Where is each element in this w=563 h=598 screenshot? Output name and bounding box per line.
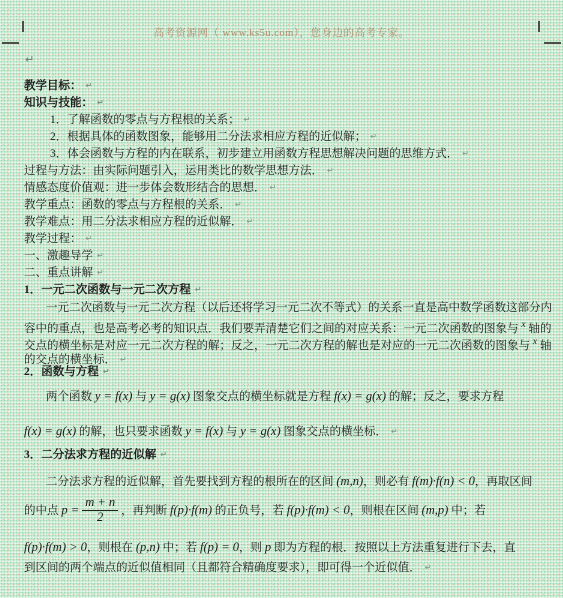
doc-line: 3．体会函数与方程的内在联系，初步建立用函数方程思想解决问题的思维方式．↵	[24, 145, 549, 162]
body-text: ，再取区间	[475, 476, 533, 488]
fraction-numerator: m + n	[82, 496, 118, 510]
paragraph-end-mark: ↵	[462, 149, 469, 158]
watermark-header: 高考资源网（ www.ks5u.com），您身边的高考专家。	[22, 25, 541, 40]
math-text: f(x) = g(x)	[334, 389, 386, 403]
empty-paragraph-mark: ↵	[25, 53, 34, 66]
math-text: (m,n)	[336, 474, 363, 488]
paragraph-end-mark: ↵	[103, 367, 110, 376]
body-text: 2．函数与方程	[24, 366, 99, 378]
body-text: 知识与技能：	[24, 97, 93, 109]
body-text: ，再判断	[121, 505, 170, 517]
doc-line: 过程与方法：由实际问题引入，运用类比的数学思想方法．↵	[24, 162, 549, 179]
document-page: 高考资源网（ www.ks5u.com），您身边的高考专家。 ↵ 教学目标：↵知…	[0, 0, 563, 598]
doc-line: f(p)·f(m) > 0，则根在 (p,n) 中；若 f(p) = 0，则 p…	[24, 537, 549, 557]
fraction-denominator: 2	[82, 510, 118, 525]
doc-line: 教学难点：用二分法求相应方程的近似解．↵	[24, 213, 549, 230]
paragraph-end-mark: ↵	[97, 268, 104, 277]
doc-line: 教学重点：函数的零点与方程根的关系．↵	[24, 196, 549, 213]
body-text: 与	[132, 391, 149, 403]
paragraph-end-mark: ↵	[97, 98, 104, 107]
math-text: f(p) = 0	[200, 540, 239, 554]
paragraph-end-mark: ↵	[160, 450, 167, 459]
body-text: 图象交点的横坐标就是方程	[190, 391, 334, 403]
paragraph-end-mark: ↵	[270, 183, 277, 192]
math-fraction: m + n2	[82, 496, 118, 524]
body-text: 教学难点：用二分法求相应方程的近似解．	[24, 216, 243, 228]
doc-line: 2．根据具体的函数图象，能够用二分法求相应方程的近似解；↵	[24, 128, 549, 145]
math-text: y = f(x)	[95, 389, 133, 403]
body-text: 1．一元二次函数与一元二次方程	[24, 284, 191, 296]
body-text: 情感态度价值观：进一步体会数形结合的思想．	[24, 182, 266, 194]
doc-line: 3．二分法求方程的近似解↵	[24, 446, 549, 463]
math-text: (p,n)	[136, 540, 160, 554]
paragraph-end-mark: ↵	[86, 234, 93, 243]
body-text: 二分法求方程的近似解，首先要找到方程的根所在的区间	[46, 476, 336, 488]
margin-crop-mark-top-left-horizontal	[2, 42, 19, 44]
doc-line: 二、重点讲解↵	[24, 264, 549, 281]
doc-line: 到区间的两个端点的近似值相同（且都符合精确度要求），即可得一个近似值．↵	[24, 559, 549, 576]
body-text: 的解，也只要求函数	[76, 426, 185, 438]
body-text: 轴	[537, 340, 551, 352]
paragraph-end-mark: ↵	[195, 285, 202, 294]
body-text: 的中点	[24, 505, 61, 517]
paragraph-end-mark: ↵	[244, 115, 251, 124]
body-text: ，则根在区间	[350, 505, 422, 517]
math-text: y = f(x)	[185, 424, 223, 438]
doc-line: 一、激趣导学↵	[24, 247, 549, 264]
paragraph-end-mark: ↵	[97, 251, 104, 260]
body-text: 到区间的两个端点的近似值相同（且都符合精确度要求），即可得一个近似值．	[24, 562, 421, 574]
math-text: y = g(x)	[240, 424, 280, 438]
body-text: 教学过程：	[24, 233, 82, 245]
doc-line: 二分法求方程的近似解，首先要找到方程的根所在的区间 (m,n)，则必有 f(m)…	[24, 471, 549, 491]
doc-line: 教学过程：↵	[24, 230, 549, 247]
doc-line: 1．一元二次函数与一元二次方程↵	[24, 281, 549, 298]
doc-line: 交点的横坐标是对应一元二次方程的解；反之，一元二次方程的解也是对应的一元二次函数…	[24, 334, 549, 351]
math-text: y = g(x)	[150, 389, 190, 403]
body-text: ，则必有	[363, 476, 412, 488]
doc-line: 情感态度价值观：进一步体会数形结合的思想．↵	[24, 179, 549, 196]
math-text: f(p)·f(m) < 0	[287, 503, 350, 517]
body-text: 教学目标：	[24, 80, 82, 92]
paragraph-end-mark: ↵	[425, 563, 432, 572]
body-text: ，则根在	[87, 542, 136, 554]
doc-line: 2．函数与方程↵	[24, 363, 549, 380]
math-text: f(p)·f(m) > 0	[24, 540, 87, 554]
doc-line: 一元二次函数与一元二次方程（以后还将学习一元二次不等式）的关系一直是高中数学函数…	[24, 300, 549, 317]
body-text: 两个函数	[46, 391, 95, 403]
math-text: f(p)·f(m)	[170, 503, 212, 517]
body-text: 1．了解函数的零点与方程根的关系；	[50, 114, 240, 126]
paragraph-end-mark: ↵	[327, 166, 334, 175]
body-text: ，则	[239, 542, 265, 554]
body-text: 3．二分法求方程的近似解	[24, 449, 156, 461]
body-text: 3．体会函数与方程的内在联系，初步建立用函数方程思想解决问题的思维方式．	[50, 148, 458, 160]
paragraph-end-mark: ↵	[120, 355, 127, 364]
paragraph-end-mark: ↵	[86, 81, 93, 90]
paragraph-end-mark: ↵	[235, 200, 242, 209]
math-text: p =	[61, 503, 79, 517]
doc-line: 1．了解函数的零点与方程根的关系；↵	[24, 111, 549, 128]
paragraph-end-mark: ↵	[370, 132, 377, 141]
paragraph-end-mark: ↵	[247, 217, 254, 226]
doc-line: 的中点 p =m + n2，再判断 f(p)·f(m) 的正负号，若 f(p)·…	[24, 493, 549, 527]
body-text: 二、重点讲解	[24, 267, 93, 279]
paragraph-end-mark: ↵	[391, 427, 398, 436]
margin-crop-mark-top-left-vertical	[22, 21, 24, 32]
margin-crop-mark-top-right-horizontal	[544, 42, 561, 44]
body-text: 与	[223, 426, 240, 438]
doc-line: f(x) = g(x) 的解，也只要求函数 y = f(x) 与 y = g(x…	[24, 421, 549, 441]
body-text: 的正负号，若	[212, 505, 287, 517]
body-text: 2．根据具体的函数图象，能够用二分法求相应方程的近似解；	[50, 131, 366, 143]
doc-line: 教学目标：↵	[24, 77, 549, 94]
math-text: (m,p)	[422, 503, 449, 517]
body-text: 即为方程的根．按照以上方法重复进行下去，直	[271, 542, 515, 554]
body-text: 中；若	[160, 542, 200, 554]
body-text: 一、激趣导学	[24, 250, 93, 262]
doc-line: 知识与技能：↵	[24, 94, 549, 111]
body-text: 过程与方法：由实际问题引入，运用类比的数学思想方法．	[24, 165, 323, 177]
math-text: f(x) = g(x)	[24, 424, 76, 438]
document-body: 教学目标：↵知识与技能：↵1．了解函数的零点与方程根的关系；↵2．根据具体的函数…	[24, 77, 549, 576]
doc-line: 容中的重点，也是高考必考的知识点．我们要弄清楚它们之间的对应关系：一元二次函数的…	[24, 317, 549, 334]
body-text: 一元二次函数与一元二次方程（以后还将学习一元二次不等式）的关系一直是高中数学函数…	[46, 302, 552, 314]
body-text: 的解；反之，要求方程	[386, 391, 504, 403]
doc-line: 两个函数 y = f(x) 与 y = g(x) 图象交点的横坐标就是方程 f(…	[24, 386, 549, 406]
math-text: f(m)·f(n) < 0	[412, 474, 475, 488]
margin-crop-mark-top-right-vertical	[538, 21, 540, 32]
body-text: 教学重点：函数的零点与方程根的关系．	[24, 199, 231, 211]
body-text: 中；若	[448, 505, 485, 517]
body-text: 图象交点的横坐标．	[281, 426, 387, 438]
